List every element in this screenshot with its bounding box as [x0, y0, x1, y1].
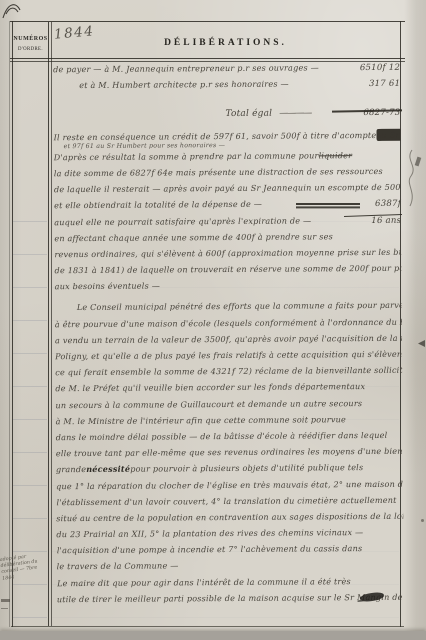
corner-pen-marks-icon — [1, 599, 10, 602]
manuscript-text: de payer — à M. Jeannequin entrepreneur … — [53, 62, 404, 610]
column-divider-line-2 — [51, 22, 52, 626]
column-divider-line-1 — [48, 22, 49, 626]
page-title: DÉLIBÉRATIONS. — [51, 38, 400, 48]
frame-border-left — [12, 21, 13, 627]
manuscript-line: aux besoins éventuels — — [55, 279, 402, 298]
page-edge-shading — [404, 0, 426, 640]
scanned-register-page: NUMÉROS D'ORDRE. DÉLIBÉRATIONS. 1844 de … — [0, 0, 426, 640]
frame-border-left-outer — [9, 21, 10, 627]
pen-squiggle-icon — [0, 0, 30, 22]
manuscript-line: utile de tirer le meilleur parti possibl… — [57, 592, 404, 611]
header-rule-thick — [10, 58, 405, 60]
scan-bottom-edge — [0, 631, 426, 640]
manuscript-line: et à M. Humbert architecte p.r ses honor… — [53, 78, 400, 97]
numeros-column-label: NUMÉROS — [12, 36, 49, 42]
strikeout-bars — [296, 203, 360, 205]
frame-border-top — [10, 21, 405, 22]
frame-border-bottom — [11, 626, 404, 627]
dordre-column-label: D'ORDRE. — [12, 47, 49, 52]
